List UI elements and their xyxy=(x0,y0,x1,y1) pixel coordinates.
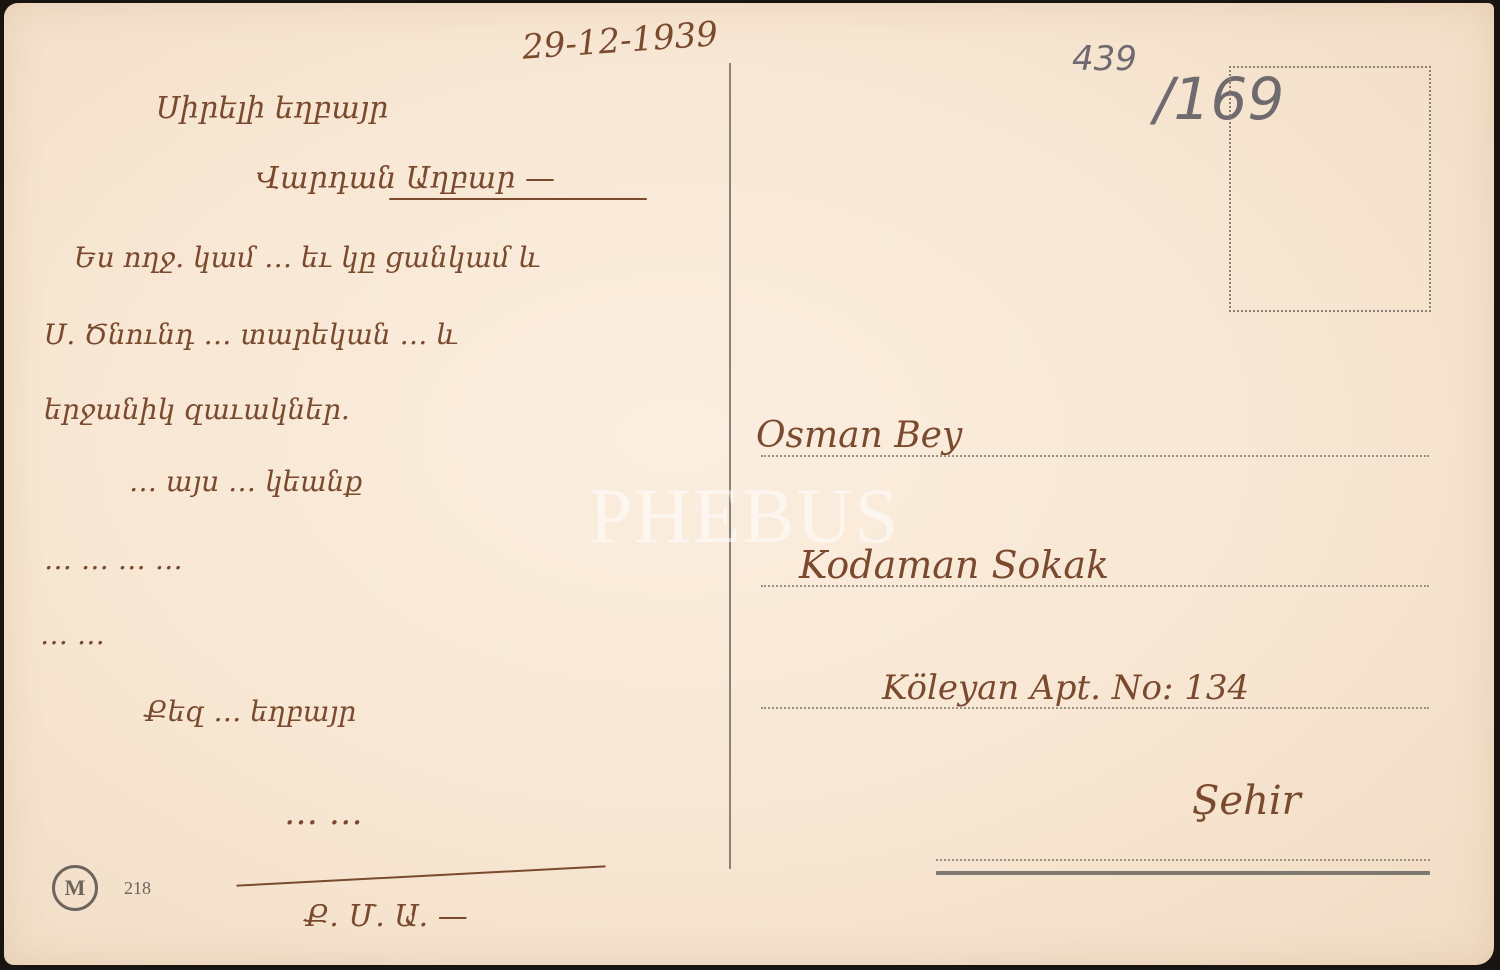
publisher-mark: M 218 xyxy=(52,865,151,911)
message-line: … այս … կեանք xyxy=(129,465,362,498)
publisher-monogram-icon: M xyxy=(52,865,98,911)
message-line: … … xyxy=(40,618,105,651)
signature-initials: Ք. Մ. Ա. — xyxy=(304,899,468,934)
vertical-divider xyxy=(729,63,731,869)
address-name: Osman Bey xyxy=(756,415,962,456)
date-handwritten: 29-12-1939 xyxy=(521,14,719,68)
message-closing: Քեզ … եղբայր xyxy=(144,695,356,728)
postcard-back: 29-12-1939 439 /169 Սիրելի եղբայր Վարդան… xyxy=(4,3,1494,965)
address-bottom-rule xyxy=(936,871,1430,875)
signature-flourish xyxy=(236,865,606,886)
address-building: Köleyan Apt. No: 134 xyxy=(882,668,1249,708)
message-line: Ես ողջ. կամ … եւ կը ցանկամ և xyxy=(74,241,541,274)
message-line: … … … … xyxy=(44,543,183,576)
publisher-number: 218 xyxy=(124,878,151,899)
address-city: Şehir xyxy=(1192,778,1301,824)
pencil-number-small: 439 xyxy=(1072,39,1137,79)
message-line: Ս. Ծնունդ … տարեկան … և xyxy=(44,318,458,351)
signature: … … xyxy=(284,793,363,833)
watermark: PHEBUS xyxy=(589,471,900,561)
address-line-4 xyxy=(936,859,1430,861)
message-greeting: Սիրելի եղբայր xyxy=(156,91,388,126)
message-salutation: Վարդան Աղբար — xyxy=(256,161,555,196)
message-line: երջանիկ զաւակներ. xyxy=(44,393,350,426)
stamp-placeholder-box xyxy=(1229,66,1431,312)
salutation-flourish xyxy=(389,198,647,200)
